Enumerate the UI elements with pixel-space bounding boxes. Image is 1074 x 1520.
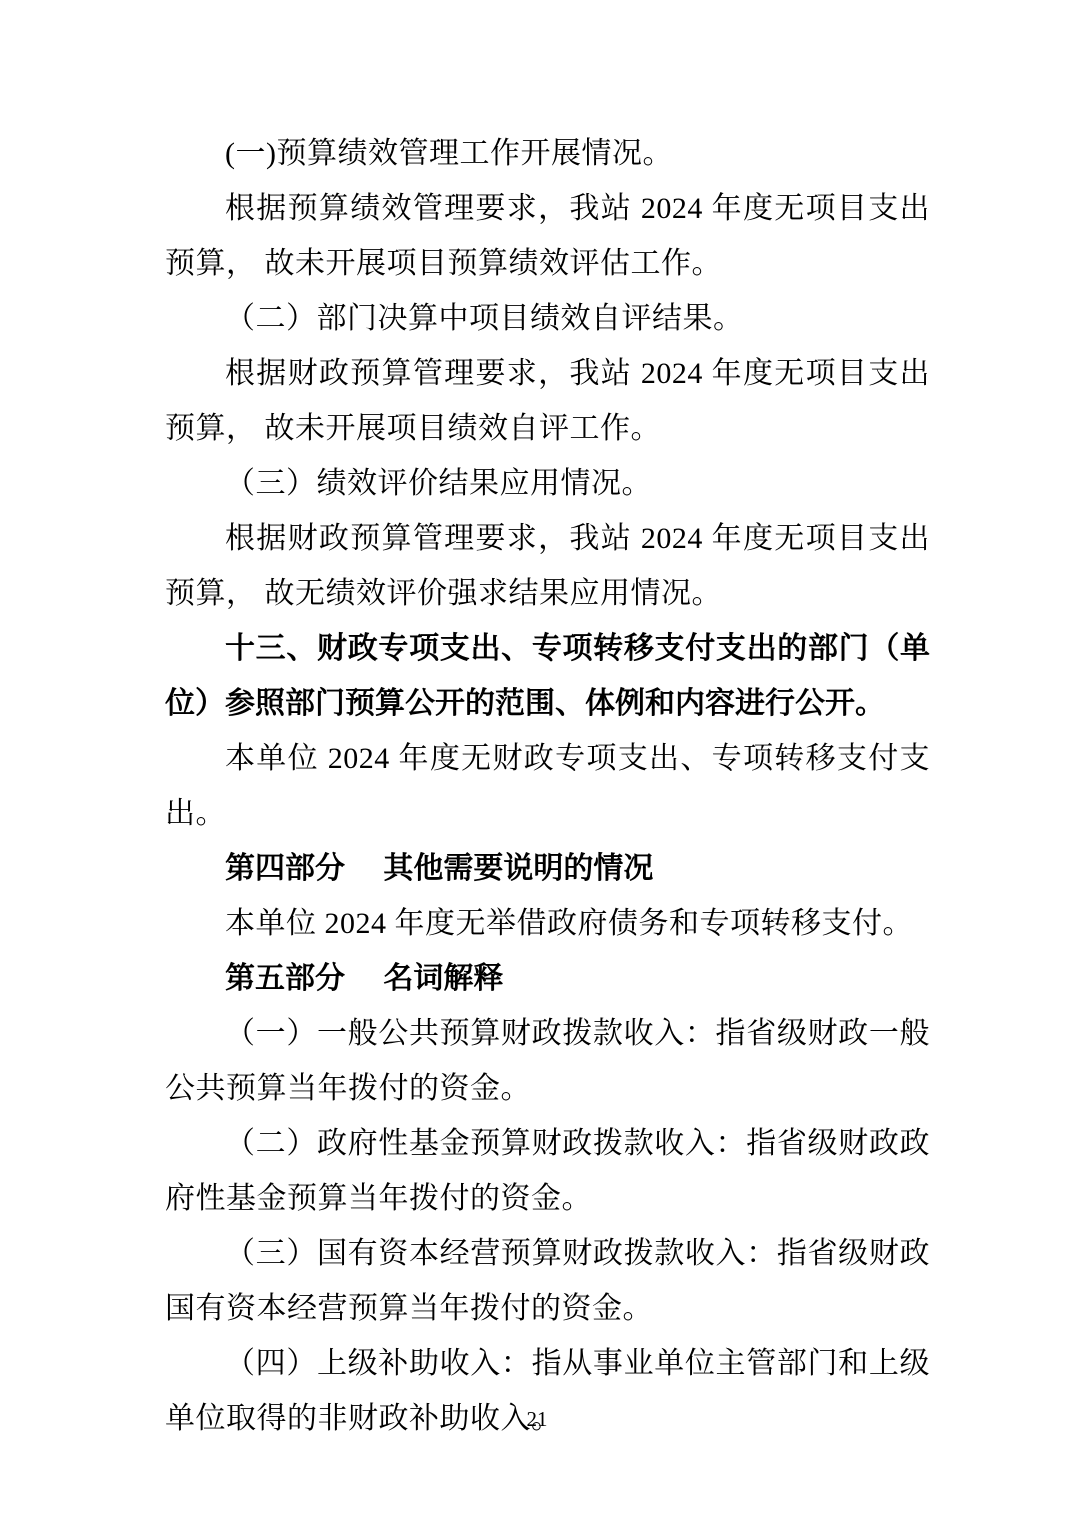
paragraph: （三）绩效评价结果应用情况。 — [165, 456, 930, 511]
section-heading: 十三、财政专项支出、专项转移支付支出的部门（单位）参照部门预算公开的范围、体例和… — [165, 621, 930, 731]
document-page: (一)预算绩效管理工作开展情况。根据预算绩效管理要求，我站 2024 年度无项目… — [0, 0, 1074, 1520]
paragraph: 根据预算绩效管理要求，我站 2024 年度无项目支出预算， 故未开展项目预算绩效… — [165, 181, 930, 291]
document-body: (一)预算绩效管理工作开展情况。根据预算绩效管理要求，我站 2024 年度无项目… — [165, 126, 930, 1446]
paragraph: （一）一般公共预算财政拨款收入：指省级财政一般公共预算当年拨付的资金。 — [165, 1006, 930, 1116]
page-number: 21 — [527, 1407, 548, 1431]
paragraph: （二）部门决算中项目绩效自评结果。 — [165, 291, 930, 346]
paragraph: 本单位 2024 年度无财政专项支出、专项转移支付支出。 — [165, 731, 930, 841]
paragraph: 根据财政预算管理要求，我站 2024 年度无项目支出预算， 故未开展项目绩效自评… — [165, 346, 930, 456]
section-heading: 第四部分 其他需要说明的情况 — [165, 841, 930, 896]
section-heading: 第五部分 名词解释 — [165, 951, 930, 1006]
paragraph: （二）政府性基金预算财政拨款收入：指省级财政政府性基金预算当年拨付的资金。 — [165, 1116, 930, 1226]
paragraph: (一)预算绩效管理工作开展情况。 — [165, 126, 930, 181]
paragraph: 根据财政预算管理要求，我站 2024 年度无项目支出预算， 故无绩效评价强求结果… — [165, 511, 930, 621]
page-footer: 21 — [0, 1407, 1074, 1432]
paragraph: （三）国有资本经营预算财政拨款收入：指省级财政国有资本经营预算当年拨付的资金。 — [165, 1226, 930, 1336]
paragraph: 本单位 2024 年度无举借政府债务和专项转移支付。 — [165, 896, 930, 951]
